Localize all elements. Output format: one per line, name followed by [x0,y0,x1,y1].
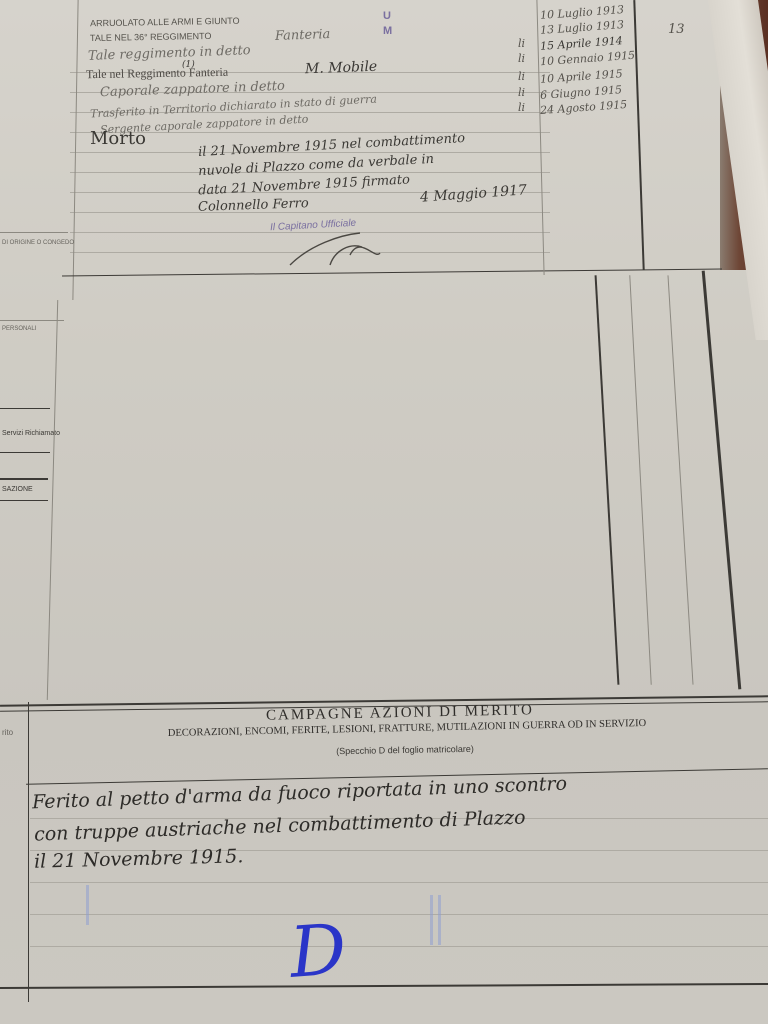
printed-field-regiment: TALE NEL 36° REGGIMENTO [90,31,212,43]
middle-box-right-border [702,271,742,690]
left-col-label: Servizi Richiamato [2,430,60,437]
signature-icon [280,225,400,275]
blue-pen-annotation: D [287,908,349,994]
status-morto: Morto [90,128,146,149]
left-col-rule [0,408,50,409]
date-column-right-border [633,0,644,270]
hand-reggimento: Tale reggimento in detto [88,43,251,64]
left-col-label: PERSONALI [2,326,36,332]
merit-bottom-rule [0,983,768,989]
left-col-rule [0,320,64,321]
left-col-rule [0,232,68,233]
date-marker: li [518,37,525,50]
upper-left-border [72,0,78,300]
place-date-signed: 4 Maggio 1917 [420,182,528,205]
middle-box-divider [595,275,620,684]
faint-blue-mark [438,895,441,945]
stamp-mark-m: M [383,25,392,37]
date-marker: li [518,101,525,114]
date-marker: li [518,86,525,99]
middle-box-inner-line [629,275,651,684]
document-page: ARRUOLATO ALLE ARMI E GIUNTO TALE NEL 36… [0,0,768,1024]
hand-m-mobile: M. Mobile [305,59,378,78]
left-col-label: SAZIONE [2,486,33,493]
merit-entry-line-3: il 21 Novembre 1915. [34,845,244,872]
middle-box-inner-line [667,275,693,684]
printed-field-enlisted: ARRUOLATO ALLE ARMI E GIUNTO [90,16,240,29]
merit-left-border [28,702,29,1002]
date-marker: li [518,52,525,65]
left-col-label: DI ORIGINE O CONGEDO [2,240,74,246]
left-col-rule [0,500,48,501]
printed-field-infantry-regiment: Tale nel Reggimento Fanteria [86,65,228,82]
merit-entry-line-2: con truppe austriache nel combattimento … [34,806,526,845]
merit-section-note: (Specchio D del foglio matricolare) [290,743,520,757]
stamp-mark-u: U [383,10,391,22]
page-edge-stack [708,0,768,340]
left-col-rule [0,478,48,480]
faint-blue-mark [86,885,89,925]
middle-box-left-border [47,300,58,700]
hand-caporale: Caporale zappatore in detto [100,79,285,100]
footnote-marker: (1) [182,60,195,70]
left-col-rule [0,452,50,453]
hand-fanteria: Fanteria [275,27,331,44]
left-col-label: rito [2,728,13,737]
corner-mark: 13 [668,22,685,37]
faint-blue-mark [430,895,433,945]
date-marker: li [518,70,525,83]
